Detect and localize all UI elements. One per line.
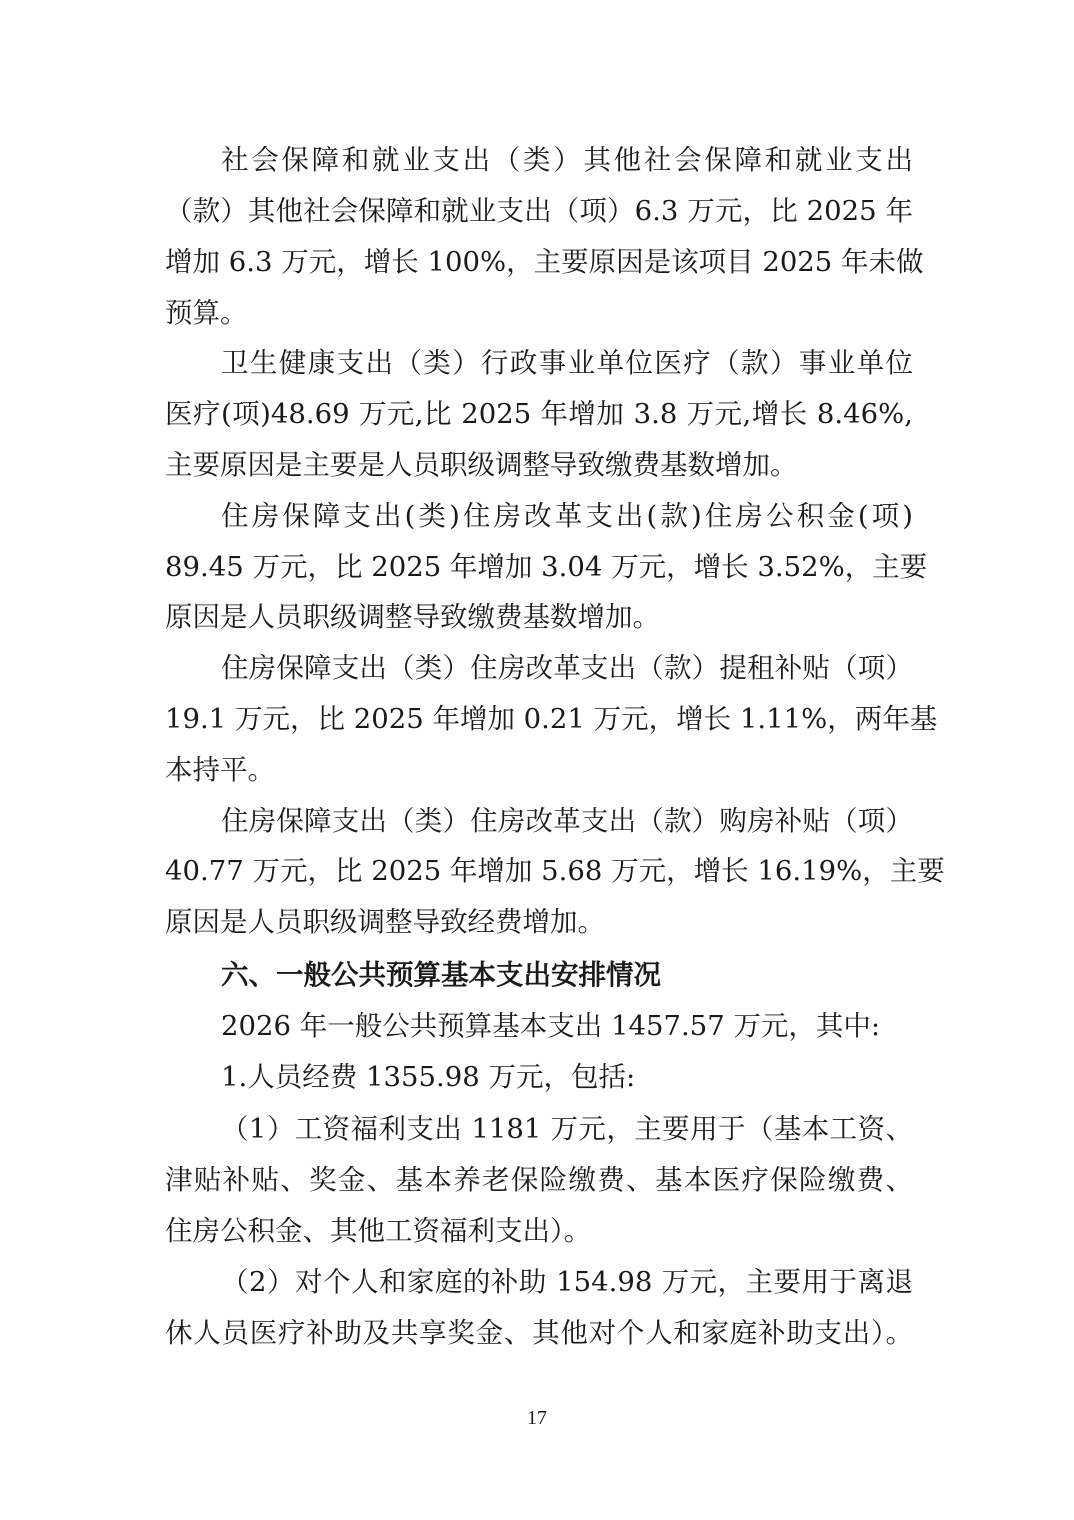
- household-subsidy-line-1: （2）对个人和家庭的补助 154.98 万元，主要用于离退: [221, 1262, 913, 1302]
- paragraph-5-line-2: 40.77 万元，比 2025 年增加 5.68 万元，增长 16.19%，主要: [165, 851, 913, 891]
- section-heading: 六、一般公共预算基本支出安排情况: [221, 955, 661, 995]
- paragraph-4-line-1: 住房保障支出（类）住房改革支出（款）提租补贴（项）: [221, 648, 913, 688]
- wage-welfare-line-2: 津贴补贴、奖金、基本养老保险缴费、基本医疗保险缴费、: [165, 1160, 913, 1200]
- wage-welfare-line-3: 住房公积金、其他工资福利支出）。: [165, 1211, 913, 1251]
- paragraph-1-line-3: 增加 6.3 万元，增长 100%，主要原因是该项目 2025 年未做: [165, 242, 913, 282]
- page-number: 17: [0, 1404, 1074, 1432]
- paragraph-1-line-1: 社会保障和就业支出（类）其他社会保障和就业支出: [221, 140, 913, 180]
- document-page: 社会保障和就业支出（类）其他社会保障和就业支出 （款）其他社会保障和就业支出（项…: [0, 0, 1074, 1520]
- household-subsidy-line-2: 休人员医疗补助及共享奖金、其他对个人和家庭补助支出）。: [165, 1313, 913, 1353]
- budget-summary: 2026 年一般公共预算基本支出 1457.57 万元，其中:: [221, 1006, 913, 1046]
- paragraph-2-line-2: 医疗(项)48.69 万元,比 2025 年增加 3.8 万元,增长 8.46%…: [165, 394, 913, 434]
- paragraph-2-line-1: 卫生健康支出（类）行政事业单位医疗（款）事业单位: [221, 343, 913, 383]
- paragraph-5-line-3: 原因是人员职级调整导致经费增加。: [165, 902, 913, 942]
- paragraph-3-line-1: 住房保障支出(类)住房改革支出(款)住房公积金(项): [221, 496, 913, 536]
- paragraph-2-line-3: 主要原因是主要是人员职级调整导致缴费基数增加。: [165, 445, 913, 485]
- paragraph-4-line-2: 19.1 万元，比 2025 年增加 0.21 万元，增长 1.11%，两年基: [165, 699, 913, 739]
- paragraph-5-line-1: 住房保障支出（类）住房改革支出（款）购房补贴（项）: [221, 801, 913, 841]
- paragraph-3-line-2: 89.45 万元，比 2025 年增加 3.04 万元，增长 3.52%，主要: [165, 547, 913, 587]
- paragraph-1-line-2: （款）其他社会保障和就业支出（项）6.3 万元，比 2025 年: [165, 191, 913, 231]
- wage-welfare-line-1: （1）工资福利支出 1181 万元，主要用于（基本工资、: [221, 1109, 913, 1149]
- paragraph-1-line-4: 预算。: [165, 293, 913, 333]
- paragraph-3-line-3: 原因是人员职级调整导致缴费基数增加。: [165, 597, 913, 637]
- paragraph-4-line-3: 本持平。: [165, 750, 913, 790]
- personnel-expense-item: 1.人员经费 1355.98 万元，包括:: [221, 1057, 913, 1097]
